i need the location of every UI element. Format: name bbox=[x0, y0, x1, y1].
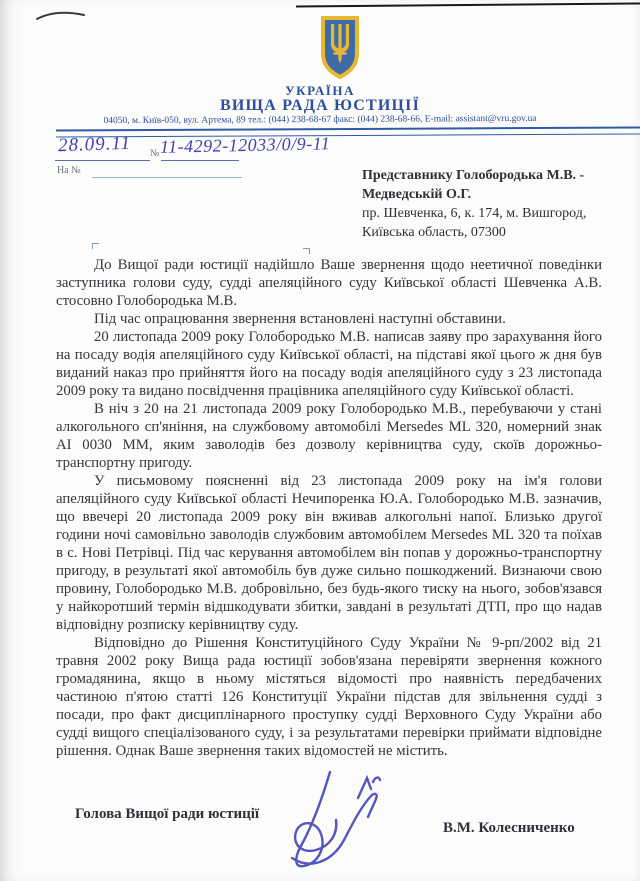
recipient-line: Медведській О.Г. bbox=[362, 185, 614, 204]
number-underline bbox=[161, 160, 239, 161]
letterhead-organization: ВИЩА РАДА ЮСТИЦІЇ bbox=[0, 97, 640, 115]
recipient-block: Представнику Голобородька М.В. - Медведс… bbox=[362, 166, 614, 242]
recipient-line: пр. Шевченка, 6, к. 174, м. Вишгород, bbox=[362, 204, 614, 223]
body-paragraph: До Вищої ради юстиції надійшло Ваше звер… bbox=[56, 256, 602, 310]
recipient-line: Київська область, 07300 bbox=[362, 223, 614, 242]
handwritten-outgoing-number: 11-4292-12033/0/9-11 bbox=[160, 133, 331, 158]
body-paragraph: 20 листопада 2009 року Голобородько М.В.… bbox=[56, 328, 602, 400]
body-paragraph: У письмовому поясненні від 23 листопада … bbox=[56, 472, 602, 634]
date-underline bbox=[55, 160, 150, 161]
ukraine-trident-emblem-icon bbox=[320, 15, 360, 81]
letterhead-address: 04050, м. Київ-050, вул. Артема, 89 тел.… bbox=[0, 113, 640, 126]
reply-to-number-label: На № bbox=[57, 165, 81, 176]
scan-artifact-line bbox=[296, 2, 640, 7]
number-label: № bbox=[150, 148, 160, 159]
signer-title: Голова Вищої ради юстиції bbox=[75, 806, 259, 823]
handwritten-signature bbox=[272, 760, 407, 878]
body-paragraph: В ніч з 20 на 21 листопада 2009 року Гол… bbox=[56, 400, 602, 472]
corner-mark-right bbox=[303, 248, 310, 254]
letterhead-rule bbox=[56, 126, 640, 137]
handwritten-date: 28.09.11 bbox=[58, 133, 132, 158]
corner-mark-left bbox=[92, 243, 99, 249]
reply-number-underline bbox=[92, 177, 242, 178]
recipient-line: Представнику Голобородька М.В. - bbox=[362, 166, 614, 185]
scanned-letter-page: УКРАЇНА ВИЩА РАДА ЮСТИЦІЇ 04050, м. Київ… bbox=[0, 0, 640, 881]
scan-artifact-curve bbox=[34, 6, 88, 24]
signer-name: В.М. Колесниченко bbox=[443, 820, 575, 837]
letter-body: До Вищої ради юстиції надійшло Ваше звер… bbox=[56, 256, 602, 760]
body-paragraph: Відповідно до Рішення Конституційного Су… bbox=[56, 634, 602, 760]
body-paragraph: Під час опрацювання звернення встановлен… bbox=[56, 310, 602, 328]
